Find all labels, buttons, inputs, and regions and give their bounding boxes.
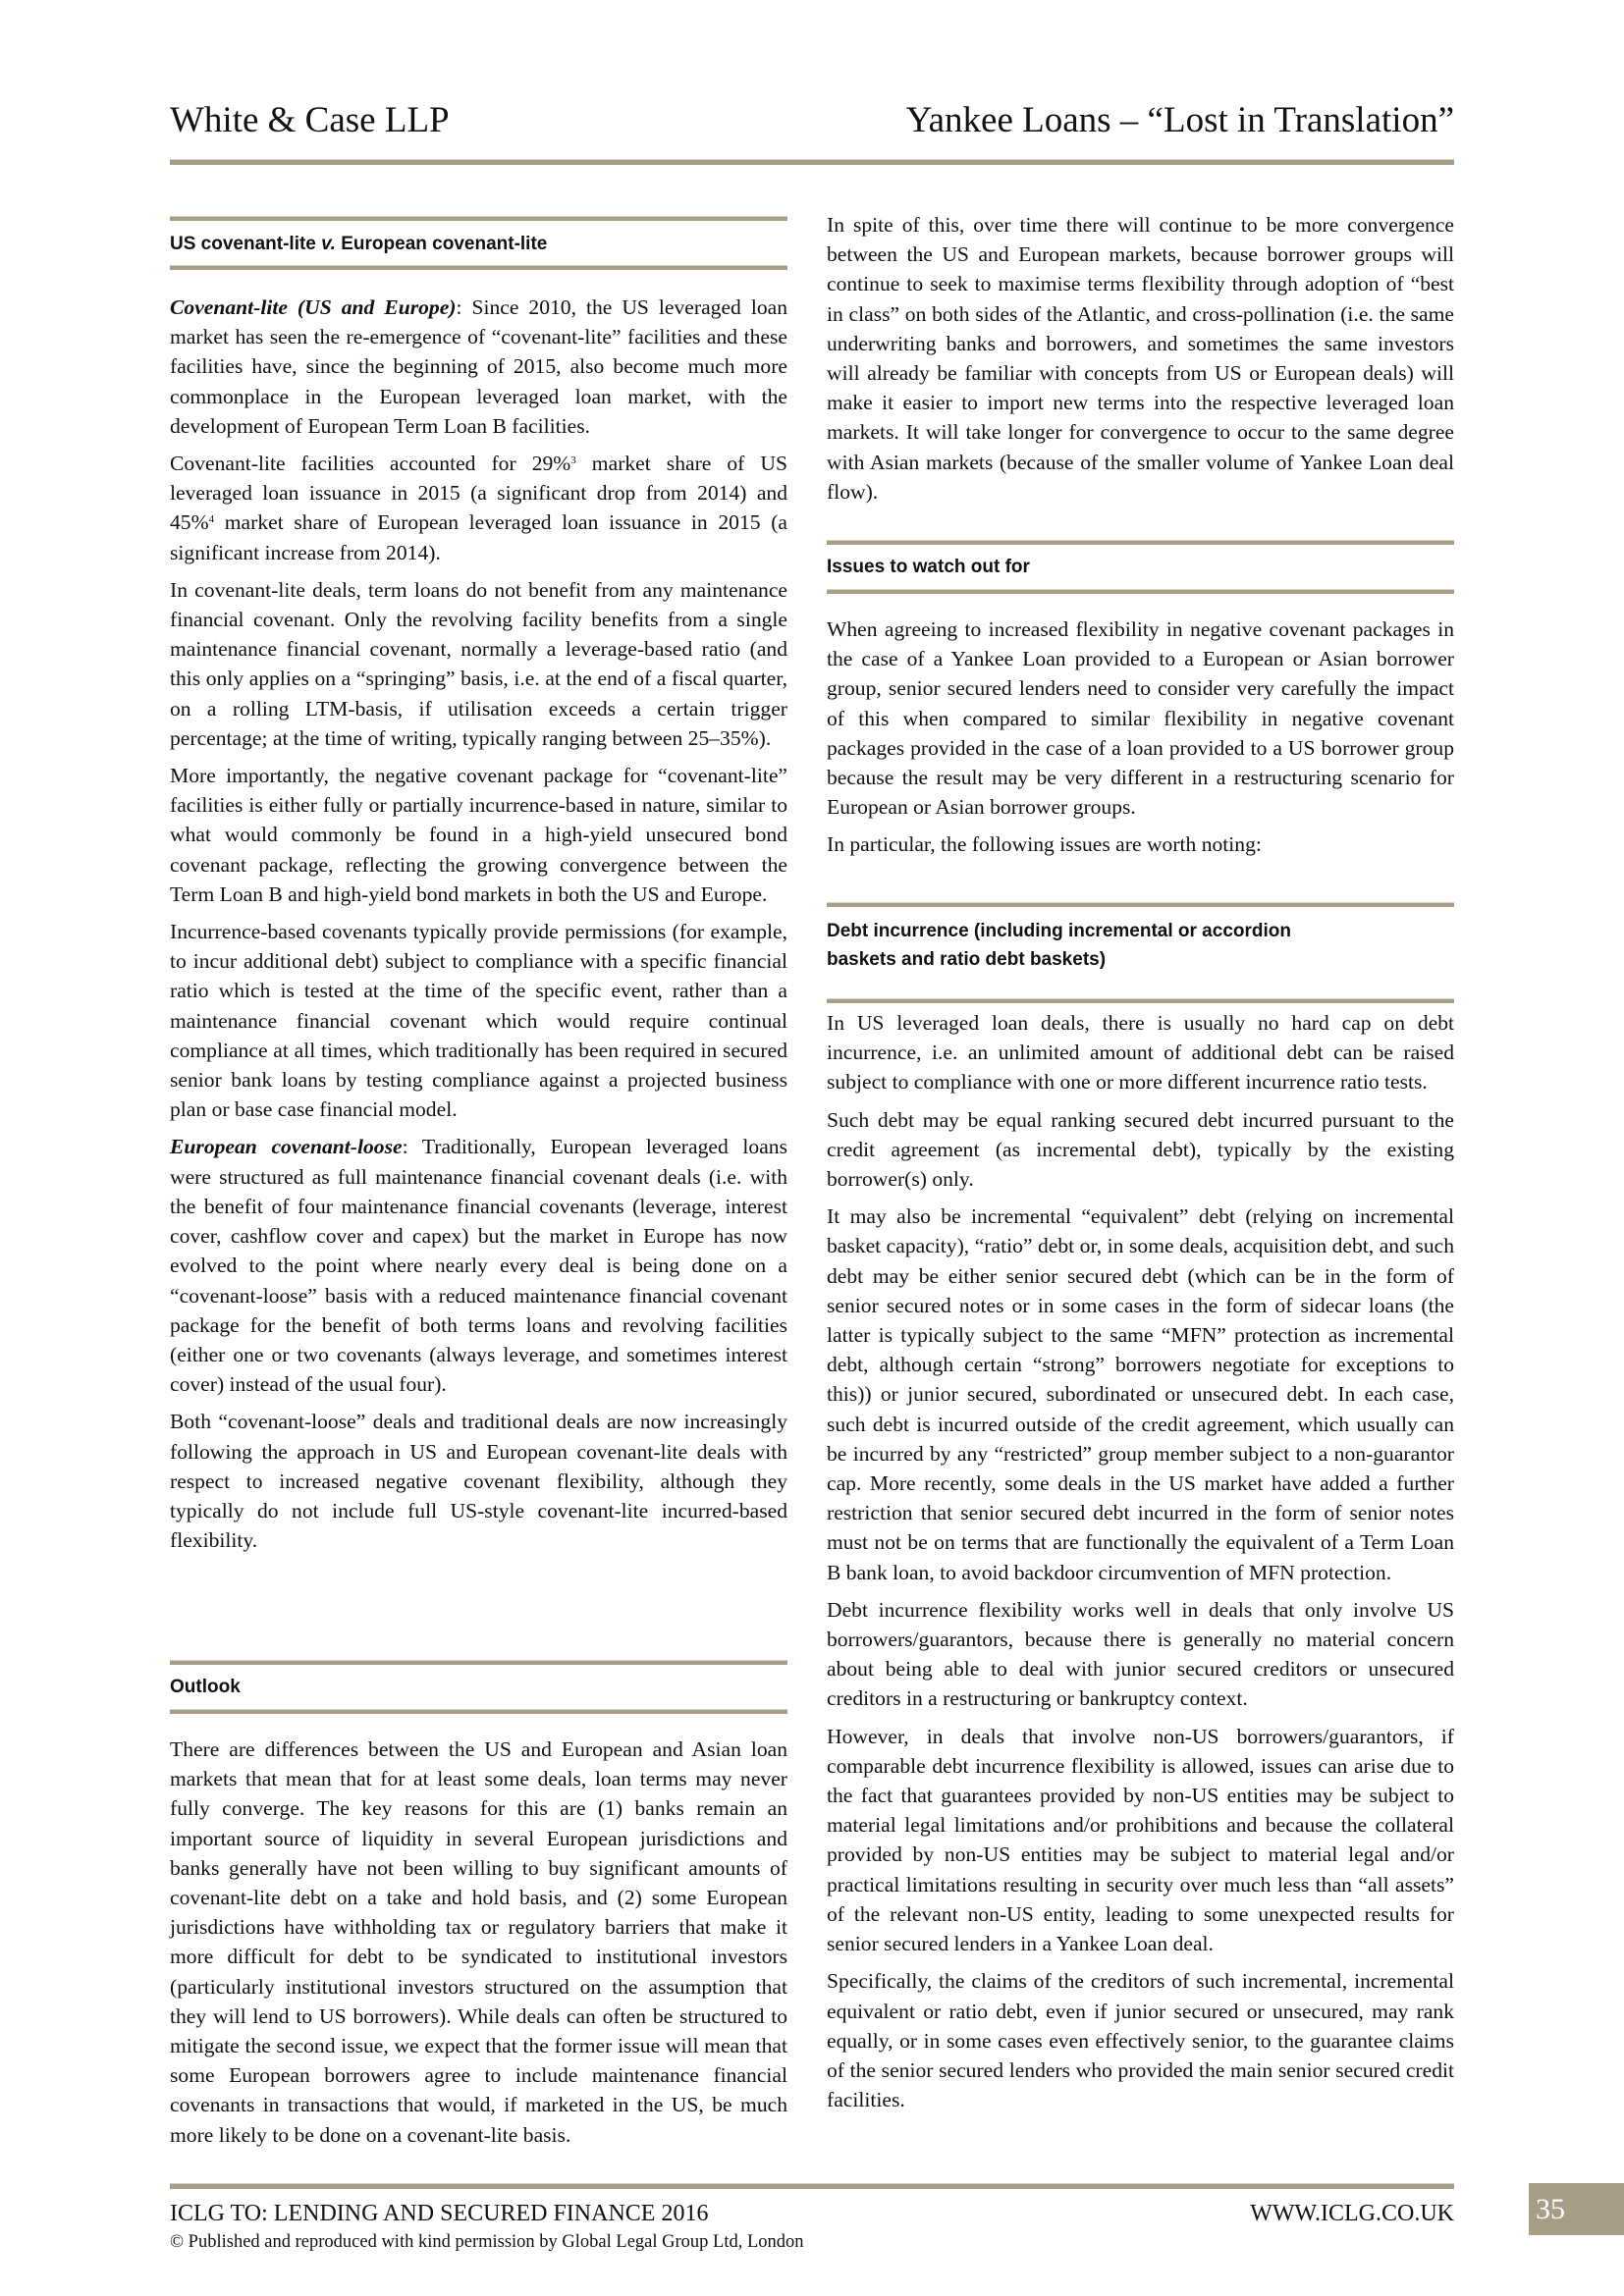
paragraph: Incurrence-based covenants typically pro…: [170, 917, 787, 1124]
header-rule: [170, 159, 1454, 165]
footer-rule: [170, 2183, 1454, 2189]
left-column-section2: There are differences between the US and…: [170, 1735, 787, 2158]
paragraph: Covenant-lite facilities accounted for 2…: [170, 449, 787, 567]
section-rule-top: [827, 902, 1454, 907]
paragraph: In US leveraged loan deals, there is usu…: [827, 1008, 1454, 1097]
footer-website: WWW.ICLG.CO.UK: [1250, 2199, 1454, 2228]
section-rule-top: [827, 540, 1454, 545]
footer-copyright: © Published and reproduced with kind per…: [170, 2230, 804, 2254]
running-header-firm: White & Case LLP: [170, 96, 450, 145]
section-rule-top: [170, 216, 787, 221]
paragraph: Both “covenant-loose” deals and traditio…: [170, 1407, 787, 1555]
footer-publication: ICLG TO: LENDING AND SECURED FINANCE 201…: [170, 2199, 708, 2228]
right-column-section3: When agreeing to increased flexibility i…: [827, 614, 1454, 868]
section-rule-bottom: [827, 589, 1454, 594]
paragraph: European covenant-loose: Traditionally, …: [170, 1132, 787, 1399]
paragraph: However, in deals that involve non-US bo…: [827, 1722, 1454, 1959]
paragraph: When agreeing to increased flexibility i…: [827, 614, 1454, 822]
paragraph: Debt incurrence flexibility works well i…: [827, 1595, 1454, 1714]
paragraph: There are differences between the US and…: [170, 1735, 787, 2150]
section-heading-outlook: Outlook: [170, 1674, 787, 1701]
page-number: 35: [1529, 2183, 1624, 2235]
paragraph: In covenant-lite deals, term loans do no…: [170, 575, 787, 753]
paragraph: More importantly, the negative covenant …: [170, 761, 787, 909]
section-rule-bottom: [170, 1709, 787, 1714]
running-header-title: Yankee Loans – “Lost in Translation”: [906, 96, 1454, 145]
paragraph: Specifically, the claims of the creditor…: [827, 1966, 1454, 2114]
left-column-section1: Covenant-lite (US and Europe): Since 201…: [170, 293, 787, 1563]
section-rule-bottom: [170, 265, 787, 270]
paragraph: It may also be incremental “equivalent” …: [827, 1201, 1454, 1587]
paragraph: In spite of this, over time there will c…: [827, 210, 1454, 507]
right-column-section4: In US leveraged loan deals, there is usu…: [827, 1008, 1454, 2122]
section-rule-bottom: [827, 998, 1454, 1003]
paragraph: In particular, the following issues are …: [827, 829, 1454, 859]
paragraph: Such debt may be equal ranking secured d…: [827, 1105, 1454, 1195]
section-heading-debt-incurrence: Debt incurrence (including incremental o…: [827, 917, 1454, 974]
section-heading-issues: Issues to watch out for: [827, 554, 1454, 581]
section-heading-covenant-lite: US covenant-lite v. European covenant-li…: [170, 231, 787, 258]
right-column-intro: In spite of this, over time there will c…: [827, 210, 1454, 514]
section-rule-top: [170, 1660, 787, 1665]
paragraph: Covenant-lite (US and Europe): Since 201…: [170, 293, 787, 441]
